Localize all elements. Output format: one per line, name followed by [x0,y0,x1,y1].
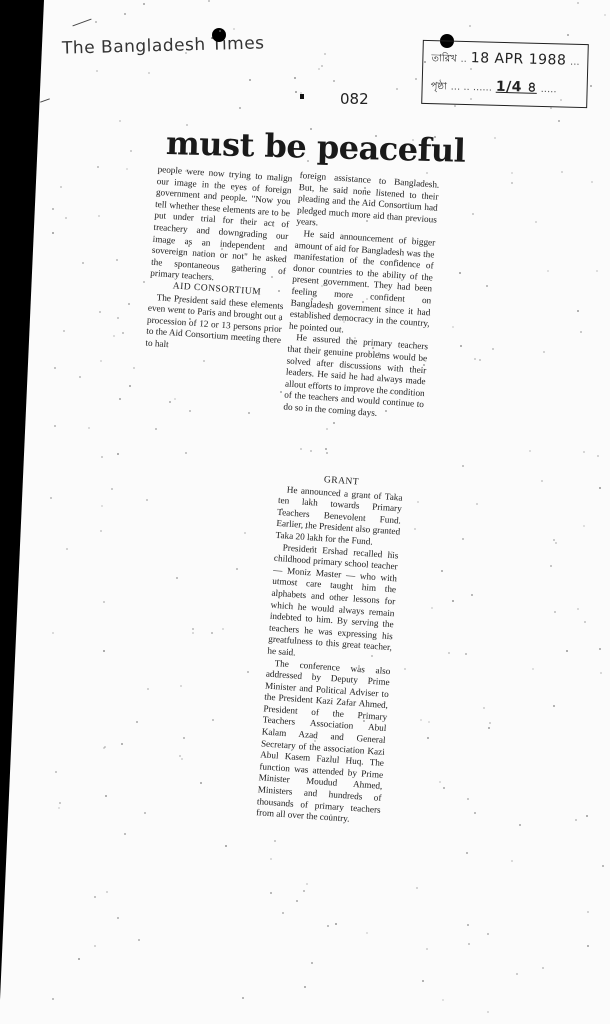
speckle [468,943,470,945]
speckle [602,865,604,867]
speckle [236,568,238,570]
speckle [124,833,126,835]
speckle [560,99,562,101]
speckle [117,453,119,455]
speckle [211,632,213,634]
speckle [52,998,54,1000]
speckle [314,740,316,742]
speckle [96,70,98,72]
speckle [583,525,585,527]
speckle [474,812,476,814]
speckle [121,743,123,745]
speckle [417,501,419,503]
speckle [117,317,119,319]
speckle [78,958,80,960]
speckle [599,648,601,650]
speckle [303,890,305,892]
speckle [174,398,176,400]
speckle [577,608,579,610]
speckle [550,565,552,567]
speckle [324,53,326,55]
speckle [321,285,323,287]
speckle [454,105,456,107]
speckle [431,607,433,609]
speckle [486,285,488,287]
speckle [60,186,62,188]
speckle [106,891,108,893]
speckle [189,410,191,412]
speckle [476,503,478,505]
scan-mark [72,19,91,27]
speckle [52,232,54,234]
speckle [323,235,325,237]
speckle [372,347,374,349]
speckle [66,548,68,550]
speckle [59,802,61,804]
speckle [452,326,454,328]
speckle [133,367,135,369]
speckle [296,900,298,902]
speckle [266,188,268,190]
paragraph: He assured the primary teachers that the… [283,332,428,423]
speckle [542,967,544,969]
speckle [467,924,469,926]
scan-mark [40,98,50,102]
speckle [474,358,476,360]
speckle [599,487,601,489]
speckle [310,450,312,452]
speckle [103,601,105,603]
speckle [400,378,402,380]
speckle [200,782,202,784]
speckle [143,281,145,283]
speckle [327,925,329,927]
speckle [63,330,65,332]
speckle [363,720,365,722]
speckle [586,815,588,817]
speckle [396,88,398,90]
speckle [354,337,356,339]
speckle [511,172,513,174]
speckle [366,220,368,222]
speckle [239,107,241,109]
speckle [212,719,214,721]
speckle [466,852,468,854]
speckle [100,360,102,362]
speckle [529,450,531,452]
speckle [181,758,183,760]
speckle [389,392,391,394]
speckle [98,215,100,217]
speckle [532,668,534,670]
speckle [427,737,429,739]
speckle [558,120,560,122]
speckle [249,79,251,81]
speckle [138,939,140,941]
speckle [535,221,537,223]
speckle [52,632,54,634]
speckle [279,695,281,697]
speckle [130,150,132,152]
paragraph: The conference was also addressed by Dep… [256,657,391,828]
speckle [52,208,54,210]
speckle [511,860,513,862]
speckle [82,262,84,264]
speckle [600,672,602,674]
paragraph: foreign assistance to Bangladesh. But, h… [296,170,440,238]
speckle [65,217,67,219]
speckle [178,302,180,304]
speckle [242,997,244,999]
speckle [442,999,444,1001]
speckle [471,594,473,596]
speckle [179,755,181,757]
speckle [583,451,585,453]
speckle [176,577,178,579]
speckle [104,746,106,748]
speckle [222,628,224,630]
speckle [366,932,368,934]
speckle [489,722,491,724]
speckle [566,650,568,652]
speckle [54,425,56,427]
speckle [99,311,101,313]
speckle [547,270,549,272]
speckle [136,721,138,723]
speckle [183,737,185,739]
page-number: 082 [340,90,369,108]
speckle [300,448,302,450]
speckle [88,427,90,429]
speckle [587,911,589,913]
speckle [459,272,461,274]
speckle [244,532,246,534]
speckle [97,166,99,168]
speckle [117,917,119,919]
speckle [58,807,60,809]
speckle [185,170,187,172]
speckle [597,455,599,457]
speckle [111,488,113,490]
speckle [116,259,118,261]
speckle [462,538,464,540]
speckle [591,181,593,183]
speckle [465,653,467,655]
speckle [385,410,387,412]
speckle [144,812,146,814]
speckle [441,570,443,572]
speckle [335,923,337,925]
speckle [443,787,445,789]
speckle [147,688,149,690]
speckle [101,505,103,507]
stamp-page-value: 1/4 ৪ [496,79,537,96]
speckle [128,303,130,305]
speckle [219,30,221,32]
speckle [304,986,306,988]
speckle [561,171,563,173]
speckle [281,508,283,510]
speckle [280,391,282,393]
speckle [119,120,121,122]
speckle [307,160,309,162]
speckle [103,650,105,652]
speckle [494,137,496,139]
speckle [404,668,406,670]
speckle [225,845,227,847]
speckle [203,360,205,362]
speckle [550,107,552,109]
date-stamp: তারিখ .. 18 APR 1988 ... পৃষ্ঠা ... .. .… [421,40,589,108]
speckle [124,13,126,15]
speckle [282,912,284,914]
speckle [95,21,97,23]
speckle [577,2,579,4]
speckle [295,91,297,93]
paragraph: The President said these elements even w… [145,291,284,358]
speckle [50,497,52,499]
speckle [426,948,428,950]
speckle [590,85,592,87]
speckle [414,528,416,530]
speckle [177,308,179,310]
speckle [415,78,417,80]
speckle [306,883,308,885]
stamp-date-value: 18 APR 1988 [471,50,567,68]
speckle [113,335,115,337]
speckle [55,771,57,773]
paragraph: He said announcement of bigger amount of… [289,228,436,342]
paragraph: He announced a grant of Taka ten lakh to… [275,484,403,550]
stamp-date-label: তারিখ [431,53,457,65]
speckle [555,542,557,544]
speckle [580,331,582,333]
speckle [428,721,430,723]
speckle [584,621,586,623]
speckle [189,152,191,154]
speckle [426,172,428,174]
article-column-1: people were now trying to malign our ima… [145,164,293,358]
speckle [325,448,327,450]
speckle [94,945,96,947]
speckle [192,628,194,630]
speckle [300,92,302,94]
speckle [516,973,518,975]
speckle [208,0,210,2]
speckle [462,465,464,467]
speckle [553,539,555,541]
speckle [470,98,472,100]
speckle [467,798,469,800]
speckle [375,135,377,137]
speckle [604,14,606,16]
speckle [567,34,569,36]
article-column-2: foreign assistance to Bangladesh. But, h… [283,170,440,423]
speckle [192,632,194,634]
speckle [472,213,474,215]
speckle [422,980,424,982]
speckle [483,707,485,709]
speckle [479,359,481,361]
speckle [587,945,589,947]
speckle [105,795,107,797]
speckle [519,824,521,826]
speckle [326,428,328,430]
stamp-page-label: পৃষ্ঠা [431,81,447,92]
speckle [311,962,313,964]
speckle [294,385,296,387]
ink-dot [300,94,304,99]
speckle [543,351,545,353]
speckle [54,367,56,369]
speckle [247,671,249,673]
scanned-clipping-page: The Bangladesh Times তারিখ .. 18 APR 198… [0,0,610,1024]
speckle [185,452,187,454]
speckle [279,319,281,321]
speckle [129,385,131,387]
speckle [488,727,490,729]
speckle [233,28,235,30]
speckle [511,182,513,184]
speckle [487,1011,489,1013]
speckle [101,456,103,458]
speckle [333,422,335,424]
speckle [420,719,422,721]
speckle [180,685,182,687]
speckle [460,345,462,347]
speckle [333,80,335,82]
speckle [79,376,81,378]
newspaper-name: The Bangladesh Times [62,33,265,58]
speckle [366,298,368,300]
speckle [469,25,471,27]
speckle [492,348,494,350]
speckle [452,600,454,602]
article-column-3: GRANT He announced a grant of Taka ten l… [256,472,404,828]
speckle [270,858,272,860]
speckle [487,933,489,935]
speckle [169,401,171,403]
speckle [148,72,150,74]
speckle [321,65,323,67]
speckle [318,68,320,70]
speckle [94,896,96,898]
speckle [189,318,191,320]
speckle [248,412,250,414]
speckle [294,77,296,79]
speckle [146,499,148,501]
speckle [361,497,363,499]
speckle [541,480,543,482]
speckle [352,690,354,692]
speckle [577,310,579,312]
speckle [439,781,441,783]
paragraph: President Ershad recalled his childhood … [267,541,399,665]
speckle [126,168,128,170]
speckle [143,3,145,5]
paragraph: people were now trying to malign our ima… [150,164,293,289]
speckle [119,398,121,400]
speckle [596,270,598,272]
speckle [100,530,102,532]
speckle [326,452,328,454]
speckle [378,352,380,354]
speckle [155,428,157,430]
speckle [270,892,272,894]
speckle [122,332,124,334]
speckle [346,539,348,541]
speckle [553,705,555,707]
speckle [416,887,418,889]
speckle [274,840,276,842]
speckle [575,819,577,821]
speckle [311,298,313,300]
speckle [554,611,556,613]
headline: must be peaceful [166,124,466,170]
speckle [448,652,450,654]
